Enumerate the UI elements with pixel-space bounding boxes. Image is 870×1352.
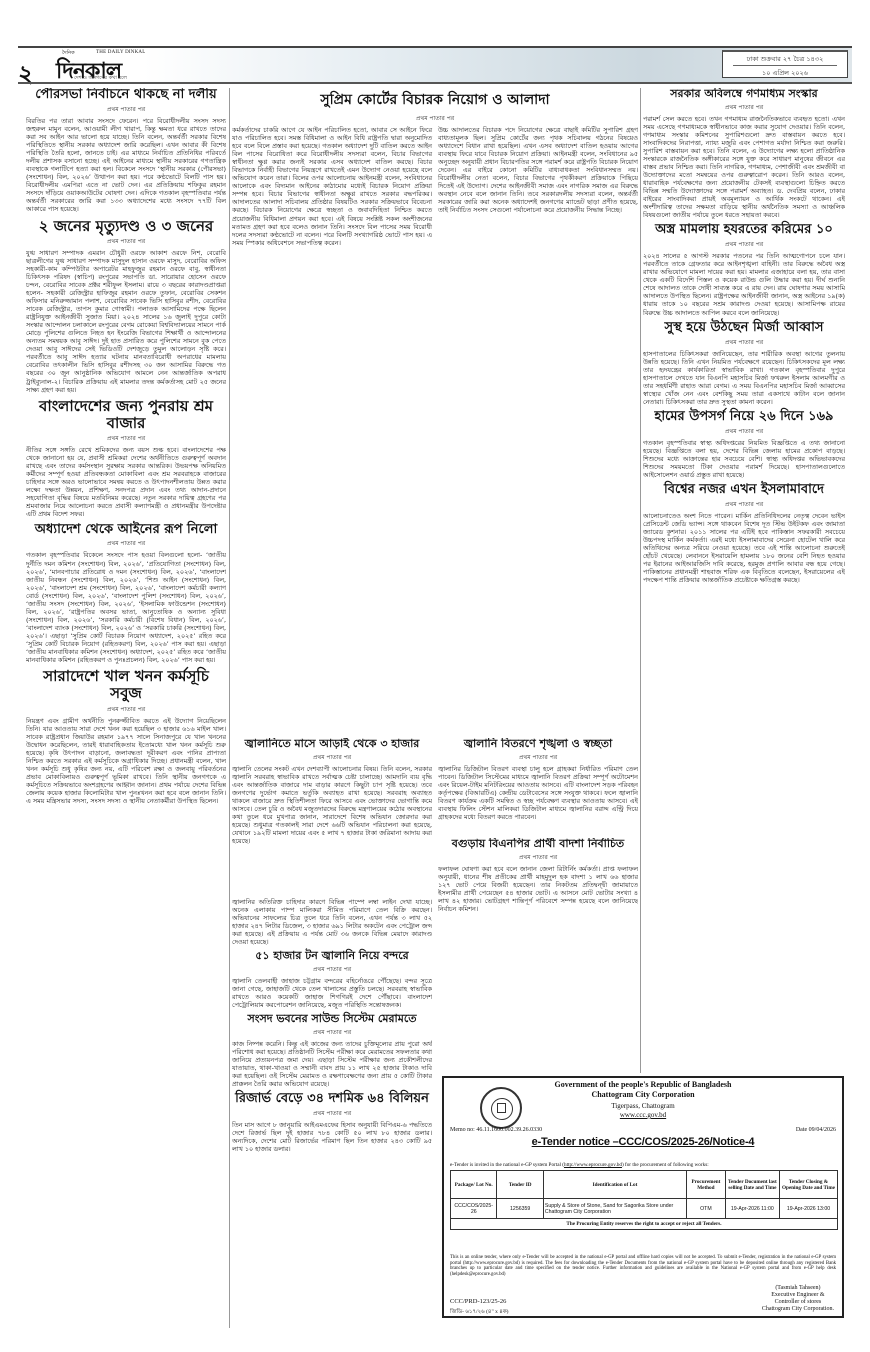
- story-canal-digging: সারাদেশে খাল খনন কর্মসূচি সবুজ প্রথম পাত…: [26, 668, 226, 805]
- invite-prefix: e-Tender is invited in the national e-GP…: [450, 1162, 564, 1168]
- story-labour-market: বাংলাদেশের জন্য পুনরায় শ্রম বাজার প্রথম…: [26, 398, 226, 519]
- continued-label: প্রথম পাতার পর: [438, 752, 638, 763]
- column-header: Package/ Lot No.: [451, 1171, 497, 1199]
- story-pourashava: পৌরসভা নির্বাচনে থাকছে না দলীয় প্রথম পা…: [26, 88, 226, 214]
- continued-label: প্রথম পাতার পর: [643, 102, 845, 113]
- story-body: নিয়ন্ত্রণ এবং গ্রামীণ অর্থনীতি পুনরুজ্জ…: [26, 717, 226, 806]
- story-death-sentence: ২ জনের মৃত্যুদণ্ড ও ৩ জনের প্রথম পাতার প…: [26, 218, 226, 394]
- headline[interactable]: বাংলাদেশের জন্য পুনরায় শ্রম বাজার: [26, 398, 226, 433]
- story-body: গতকাল বৃহস্পতিবার বিকেলে সংসদে পাস হওয়া…: [26, 551, 226, 664]
- story-body: বিরতির পর তারা আবার সংসদে ফেরেন। পরে বির…: [26, 117, 226, 214]
- story-body: হাসপাতালের চিকিৎসকরা জানিয়েছেন, তার শার…: [643, 350, 845, 406]
- story-body: জ্বালানি তেলের সংকট এখন দেশব্যাপী আলোচনা…: [232, 765, 432, 845]
- signatory-title: Controller of stores: [762, 1299, 834, 1306]
- story-jalani-monthly: জ্বালানিতে মাসে আড়াই থেকে ৩ হাজার প্রথম…: [232, 738, 432, 898]
- continued-label: প্রথম পাতার পর: [232, 113, 638, 124]
- tender-title: e-Tender notice –CCC/COS/2025-26/Notice-…: [444, 1136, 842, 1148]
- tender-signature: (Tasmiah Tahseen) Executive Engineer & C…: [762, 1285, 834, 1313]
- story-body: জ্বালানি তেলবাহী জাহাজ চট্টগ্রাম বন্দরের…: [232, 977, 432, 1009]
- continued-label: প্রথম পাতার পর: [26, 704, 226, 715]
- story-body: কাজ নিষ্পন্ন করেনি। কিন্তু এই কাজের জন্য…: [232, 1040, 432, 1088]
- column-header: Procurement Method: [687, 1171, 726, 1199]
- signatory-name: (Tasmiah Tahseen): [762, 1285, 834, 1292]
- continued-label: প্রথম পাতার পর: [26, 104, 226, 115]
- continued-label: প্রথম পাতার পর: [26, 538, 226, 549]
- column-divider: [640, 88, 641, 1073]
- cell-package: CCC/COS/2025-26: [451, 1199, 497, 1219]
- headline[interactable]: অস্ত্র মামলায় হযরতের করিমের ১০: [643, 223, 845, 238]
- masthead: ২ দৈনিক THE DAILY DINKAL দিনকাল দেশ ও জন…: [18, 48, 852, 82]
- headline[interactable]: রিজার্ভ বেড়ে ৩৪ দশমিক ৬৪ বিলিয়ন: [232, 1092, 432, 1107]
- headline[interactable]: জ্বালানি বিতরণে শৃঙ্খলা ও স্বচ্ছতা: [438, 738, 638, 751]
- continued-label: প্রথম পাতার পর: [643, 499, 845, 510]
- story-columns: কর্মকর্তাদের চাকরি আগে যে আইন পরিচালিত হ…: [232, 126, 638, 247]
- column-4: সরকার অবিলম্বে গণমাধ্যম সংস্কার প্রথম পা…: [643, 88, 845, 1088]
- newspaper-page: ২ দৈনিক THE DAILY DINKAL দিনকাল দেশ ও জন…: [0, 0, 870, 1352]
- story-measles: হামের উপসর্গ নিয়ে ২৬ দিনে ১৬৯ প্রথম পাত…: [643, 410, 845, 479]
- headline[interactable]: সরকার অবিলম্বে গণমাধ্যম সংস্কার: [643, 88, 845, 101]
- column-divider: [229, 88, 230, 1328]
- story-media-reform: সরকার অবিলম্বে গণমাধ্যম সংস্কার প্রথম পা…: [643, 88, 845, 219]
- story-islamabad: বিশ্বের নজর এখন ইসলামাবাদে প্রথম পাতার প…: [643, 483, 845, 584]
- story-body: পরামর্শ সেল করতে হবে। তখন গণমাধ্যম রাজনৈ…: [643, 115, 845, 220]
- cell-method: OTM: [687, 1199, 726, 1219]
- story-reserve: রিজার্ভ বেড়ে ৩৪ দশমিক ৬৪ বিলিয়ন প্রথম …: [232, 1092, 432, 1153]
- column-1: পৌরসভা নির্বাচনে থাকছে না দলীয় প্রথম পা…: [26, 88, 226, 1328]
- tender-table: Package/ Lot No. Tender ID Identificatio…: [450, 1170, 838, 1230]
- cell-closing-date: 19-Apr-2026 13:00: [779, 1199, 837, 1219]
- story-51-thousand: ৫১ হাজার টন জ্বালানি নিয়ে বন্দরে প্রথম …: [232, 950, 432, 1009]
- story-bogura: বগুড়ায় বিএনপির প্রার্থী বাদশা নির্বাচি…: [438, 838, 638, 1070]
- signatory-title: Executive Engineer &: [762, 1292, 834, 1299]
- tender-gd-reference: জিডি- ৬১৭/২৬ (৪" x ৪ক): [450, 1309, 509, 1317]
- story-body: তিন মাস আগে ৮ জানুয়ারি আইএমএফের হিসাব অ…: [232, 1121, 432, 1153]
- continued-label: প্রথম পাতার পর: [643, 426, 845, 437]
- tender-reference: CCC/PRD-123/25-26: [450, 1298, 506, 1305]
- continued-label: প্রথম পাতার পর: [438, 852, 638, 863]
- headline[interactable]: পৌরসভা নির্বাচনে থাকছে না দলীয়: [26, 88, 226, 103]
- story-arms-case: অস্ত্র মামলায় হযরতের করিমের ১০ প্রথম পা…: [643, 223, 845, 316]
- story-mirza-abbas: সুস্থ হয়ে উঠছেন মির্জা আব্বাস প্রথম পাত…: [643, 321, 845, 406]
- tender-date: Date 09/04/2026: [796, 1127, 836, 1133]
- headline[interactable]: সংসদ ভবনের সাউন্ড সিস্টেম মেরামতে: [232, 1013, 432, 1026]
- tender-memo: Memo no: 46.11.1600.002.39.26.0330: [450, 1127, 542, 1133]
- headline[interactable]: বগুড়ায় বিএনপির প্রার্থী বাদশা নির্বাচি…: [438, 838, 638, 851]
- story-body: ফলাফল ঘোষণা করা হবে বলে জানান জেলা রিটার…: [438, 865, 638, 913]
- story-body: জ্বালানির অতিরিক্ত চাহিদার কারণে বিভিন্ন…: [232, 898, 432, 946]
- cell-selling-date: 19-Apr-2026 11:00: [725, 1199, 779, 1219]
- tender-invitation: e-Tender is invited in the national e-GP…: [450, 1162, 836, 1168]
- headline[interactable]: ৫১ হাজার টন জ্বালানি নিয়ে বন্দরে: [232, 950, 432, 963]
- eprocure-link[interactable]: http://www.eprocure.gov.bd: [564, 1162, 622, 1168]
- story-body: উচ্চ আদালতের বিচারক পদে নিয়োগের ক্ষেত্র…: [438, 126, 638, 247]
- continued-label: প্রথম পাতার পর: [232, 752, 432, 763]
- column-header: Identification of Lot: [543, 1171, 686, 1199]
- newspaper-logo: দিনকাল: [56, 54, 121, 91]
- headline[interactable]: হামের উপসর্গ নিয়ে ২৬ দিনে ১৬৯: [643, 410, 845, 425]
- cell-tender-id: 1256359: [497, 1199, 543, 1219]
- table-footer-row: The Procuring Entity reserves the right …: [451, 1219, 838, 1230]
- story-supreme-court: সুপ্রিম কোর্টের বিচারক নিয়োগ ও আলাদা প্…: [232, 88, 638, 748]
- reserve-right-note: The Procuring Entity reserves the right …: [451, 1219, 838, 1230]
- story-body: নীতির সঙ্গে সঙ্গতি রেখে শ্রমিকদের জন্য ব…: [26, 446, 226, 518]
- column-header: Tender Closing & Opening Date and Time: [779, 1171, 837, 1199]
- table-row: CCC/COS/2025-26 1256359 Supply & Store o…: [451, 1199, 838, 1219]
- continued-label: প্রথম পাতার পর: [232, 1027, 432, 1038]
- column-header: Tender Document last selling Date and Ti…: [725, 1171, 779, 1199]
- headline[interactable]: ২ জনের মৃত্যুদণ্ড ও ৩ জনের: [26, 218, 226, 235]
- story-body: আলোচনাতেও অংশ নিতে পারেন। মার্কিন প্রতিন…: [643, 512, 845, 584]
- date-separator: [733, 65, 837, 66]
- column-2-lower: জ্বালানির অতিরিক্ত চাহিদার কারণে বিভিন্ন…: [232, 898, 432, 1343]
- date-english: ১০ এপ্রিল ২০২৬: [723, 68, 847, 79]
- headline[interactable]: সুপ্রিম কোর্টের বিচারক নিয়োগ ও আলাদা: [232, 88, 638, 112]
- tender-corporation: Chattogram City Corporation: [444, 1090, 842, 1099]
- invite-suffix: ) for the procurement of following works…: [622, 1162, 709, 1168]
- headline[interactable]: সারাদেশে খাল খনন কর্মসূচি সবুজ: [26, 668, 226, 703]
- tender-instructions: This is an online tender, where only e-T…: [450, 1255, 836, 1277]
- date-box: ঢাকা শুক্রবার ২৭ চৈত্র ১৪৩২ ১০ এপ্রিল ২০…: [722, 50, 848, 78]
- headline[interactable]: বিশ্বের নজর এখন ইসলামাবাদে: [643, 483, 845, 498]
- tender-notice: Government of the people's Republic of B…: [442, 1076, 844, 1318]
- signatory-org: Chattogram City Corporation.: [762, 1306, 834, 1313]
- story-ordinance-to-law: অধ্যাদেশ থেকে আইনের রূপ নিলো প্রথম পাতার…: [26, 523, 226, 665]
- date-bangla: ঢাকা শুক্রবার ২৭ চৈত্র ১৪৩২: [723, 54, 847, 65]
- headline[interactable]: জ্বালানিতে মাসে আড়াই থেকে ৩ হাজার: [232, 738, 432, 751]
- masthead-bottom-rule: [18, 82, 852, 84]
- story-body: জ্বালানির ডিজিটাল বিতরণ ব্যবস্থা চালু হল…: [438, 765, 638, 821]
- story-body: ২০২৪ সালের ৫ আগস্ট সরকার পতনের পর তিনি আ…: [643, 252, 845, 316]
- story-body: গতকাল বৃহস্পতিবার স্বাস্থ্য অধিদপ্তরের ন…: [643, 439, 845, 479]
- column-header: Tender ID: [497, 1171, 543, 1199]
- continued-label: প্রথম পাতার পর: [232, 964, 432, 975]
- story-body: যুগ্ম সাধারণ সম্পাদক এমরান চৌধুরী ওরফে আ…: [26, 249, 226, 394]
- story-body: কর্মকর্তাদের চাকরি আগে যে আইন পরিচালিত হ…: [232, 126, 432, 247]
- tender-government: Government of the people's Republic of B…: [444, 1080, 842, 1089]
- continued-label: প্রথম পাতার পর: [232, 1108, 432, 1119]
- story-jalani-distribution: জ্বালানি বিতরণে শৃঙ্খলা ও স্বচ্ছতা প্রথম…: [438, 738, 638, 838]
- continued-label: প্রথম পাতার পর: [26, 433, 226, 444]
- continued-label: প্রথম পাতার পর: [643, 239, 845, 250]
- cell-identification: Supply & Store of Stone, Sand for Sagori…: [543, 1199, 686, 1219]
- headline[interactable]: অধ্যাদেশ থেকে আইনের রূপ নিলো: [26, 523, 226, 538]
- story-parliament-sound: সংসদ ভবনের সাউন্ড সিস্টেম মেরামতে প্রথম …: [232, 1013, 432, 1088]
- continued-label: প্রথম পাতার পর: [643, 337, 845, 348]
- continued-label: প্রথম পাতার পর: [26, 236, 226, 247]
- table-header-row: Package/ Lot No. Tender ID Identificatio…: [451, 1171, 838, 1199]
- headline[interactable]: সুস্থ হয়ে উঠছেন মির্জা আব্বাস: [643, 321, 845, 336]
